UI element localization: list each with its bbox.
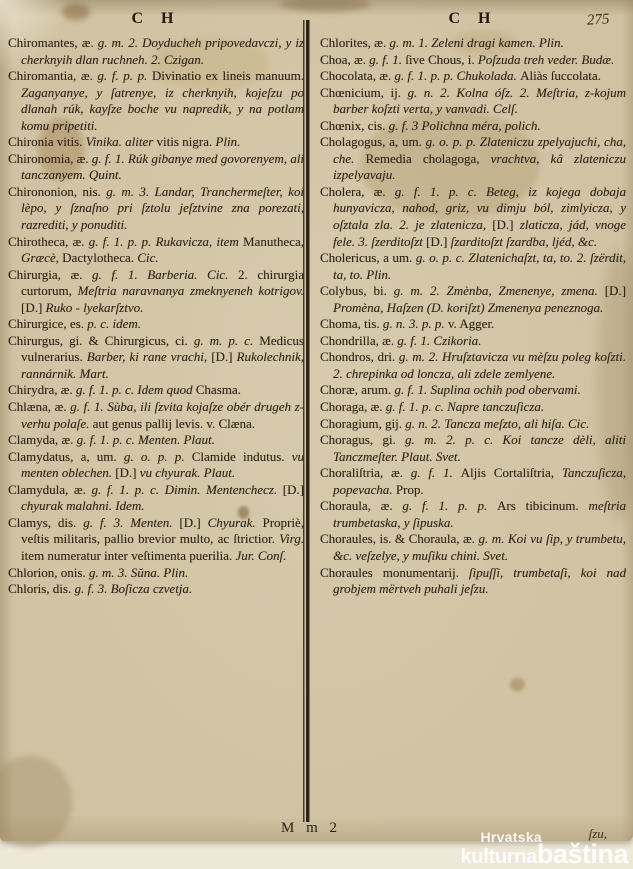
entry-italic-text: g. f. 3. Menten. [83, 515, 179, 530]
entry-roman-text: Chlæna, æ. [8, 399, 70, 414]
entry-roman-text: Chirononion, nis. [8, 184, 106, 199]
entry-roman-text: [D.] [605, 283, 626, 298]
entry-roman-text: Chirydra, æ. [8, 382, 76, 397]
entry-italic-text: g. n. 3. p. p. [383, 316, 448, 331]
entry-roman-text: aut genus pallij levis. v. Clæna. [93, 416, 255, 431]
entry-roman-text: Chironomia, æ. [8, 151, 92, 166]
dictionary-entry: Chondrilla, æ. g. f. 1. Czikoria. [320, 333, 626, 350]
dictionary-entry: Choræ, arum. g. f. 1. Suplina ochih pod … [320, 382, 626, 399]
dictionary-entry: Chlorion, onis. g. m. 3. Sŭna. Plin. [8, 565, 304, 582]
entry-roman-text: Aliàs ſuccolata. [520, 68, 601, 83]
dictionary-entry: Clamydatus, a, um. g. o. p. p. Clamide i… [8, 449, 304, 482]
entry-italic-text: g. f. 1. p. c. Idem quod [76, 382, 196, 397]
dictionary-entry: Cholagogus, a, um. g. o. p. p. Zlatenicz… [320, 134, 626, 184]
column-header-left: C H [8, 10, 304, 28]
dictionary-entry: Clamydula, æ. g. f. 1. p. c. Dimin. Ment… [8, 482, 304, 515]
paper-stain [0, 756, 72, 848]
entry-italic-text: Jur. Conſ. [235, 548, 286, 563]
dictionary-entry: Chœnix, cis. g. f. 3 Polichna méra, poli… [320, 118, 626, 135]
dictionary-entry: Chlæna, æ. g. f. 1. Sùba, ili ſzvita koj… [8, 399, 304, 432]
entry-roman-text: Dactylotheca. [62, 250, 137, 265]
entry-roman-text: Aljis Cortaliſtria, [461, 465, 562, 480]
entry-italic-text: Plin. [215, 134, 240, 149]
entry-italic-text: Poſzuda treh veder. Budæ. [478, 52, 614, 67]
entry-roman-text: Clamydula, æ. [8, 482, 91, 497]
dictionary-entry: Choragus, gi. g. m. 2. p. c. Koi tancze … [320, 432, 626, 465]
entry-roman-text: [D.] [115, 465, 140, 480]
entry-roman-text: Colybus, bi. [320, 283, 394, 298]
dictionary-entry: Chirurgice, es. p. c. idem. [8, 316, 304, 333]
dictionary-entry: Chirurgia, æ. g. f. 1. Barberia. Cic. 2.… [8, 267, 304, 317]
dictionary-entry: Chœnicium, ij. g. n. 2. Kolna óſz. 2. Me… [320, 85, 626, 118]
entry-roman-text: Chœnix, cis. [320, 118, 389, 133]
entry-roman-text: Chondros, dri. [320, 349, 399, 364]
entry-roman-text: vitis nigra. [157, 134, 216, 149]
entry-roman-text: Chirurgia, æ. [8, 267, 92, 282]
entry-roman-text: Chasma. [196, 382, 241, 397]
entry-roman-text: Clamydatus, a, um. [8, 449, 124, 464]
entry-roman-text: Choragus, gi. [320, 432, 405, 447]
entry-roman-text: Clamyda, æ. [8, 432, 77, 447]
entry-roman-text: Choraula, æ. [320, 498, 402, 513]
entry-italic-text: g. f. 3. Boſicza czvetja. [74, 581, 192, 596]
entry-roman-text: Chironia vitis. [8, 134, 86, 149]
entry-italic-text: g. n. 2. Tancza meſzto, ali hiſa. Cic. [405, 416, 589, 431]
entry-italic-text: g. f. 1. Czikoria. [397, 333, 481, 348]
entry-roman-text: Chirurgus, gi. & Chirurgicus, ci. [8, 333, 194, 348]
page-number: 275 [586, 11, 610, 30]
entry-italic-text: g. m. 2. Zmènba, Zmenenye, zmena. [394, 283, 605, 298]
dictionary-entry: Choragium, gij. g. n. 2. Tancza meſzto, … [320, 416, 626, 433]
entry-roman-text: Choraga, æ. [320, 399, 386, 414]
entry-italic-text: g. f. 3 Polichna méra, polich. [389, 118, 541, 133]
dictionary-entry: Chirotheca, æ. g. f. 1. p. p. Rukavicza,… [8, 234, 304, 267]
entry-italic-text: g. f. 1. [411, 465, 461, 480]
entry-roman-text: Manutheca, [243, 234, 304, 249]
entry-roman-text: ſive Chous, i. [405, 52, 478, 67]
left-column-entries: Chiromantes, æ. g. m. 2. Doyducheh pripo… [8, 35, 304, 598]
dictionary-entry: Chlorites, æ. g. m. 1. Zeleni dragi kame… [320, 35, 626, 52]
entry-roman-text: Remedia cholagoga, [365, 151, 490, 166]
entry-roman-text: Chirotheca, æ. [8, 234, 89, 249]
entry-italic-text: Ruko - lyekarſztvo. [46, 300, 144, 315]
dictionary-entry: Chirononion, nis. g. m. 3. Landar, Tranc… [8, 184, 304, 234]
entry-roman-text: [D.] [492, 217, 520, 232]
watermark-line2-large: baština [537, 839, 628, 869]
dictionary-entry: Choraules, is. & Choraula, æ. g. m. Koi … [320, 531, 626, 564]
paper-stain [510, 678, 525, 691]
entry-italic-text: Zaganyanye, y ſatrenye, iz cherknyih, ko… [21, 85, 304, 133]
entry-italic-text: Meſtria naravnanya zmeknyeneh kotrigov. [78, 283, 304, 298]
dictionary-entry: Chironia vitis. Vinika. aliter vitis nig… [8, 134, 304, 151]
column-divider-rule [302, 20, 310, 822]
entry-italic-text: Chyurak. [208, 515, 263, 530]
entry-italic-text: g. m. 3. Sŭna. Plin. [89, 565, 188, 580]
dictionary-entry: Clamys, dis. g. f. 3. Menten. [D.] Chyur… [8, 515, 304, 565]
dictionary-entry: Choraga, æ. g. f. 1. p. c. Napre tanczuſ… [320, 399, 626, 416]
entry-roman-text: [D.] [283, 482, 304, 497]
dictionary-entry: Chirydra, æ. g. f. 1. p. c. Idem quod Ch… [8, 382, 304, 399]
dictionary-entry: Choraula, æ. g. f. 1. p. p. Ars tibicinu… [320, 498, 626, 531]
entry-roman-text: [D.] [179, 515, 207, 530]
entry-italic-text: p. c. idem. [87, 316, 141, 331]
right-column-entries: Chlorites, æ. g. m. 1. Zeleni dragi kame… [320, 35, 626, 598]
dictionary-entry: Choa, æ. g. f. 1. ſive Chous, i. Poſzuda… [320, 52, 626, 69]
dictionary-entry: Choma, tis. g. n. 3. p. p. v. Agger. [320, 316, 626, 333]
entry-italic-text: Græcè, [21, 250, 62, 265]
entry-italic-text: Barber, ki rane vrachi, [87, 349, 211, 364]
entry-italic-text: Cic. [137, 250, 158, 265]
entry-roman-text: Chondrilla, æ. [320, 333, 397, 348]
entry-roman-text: Chiromantes, æ. [8, 35, 98, 50]
entry-italic-text: Promèna, Haſzen (D. koriſzt) Zmenenya pe… [333, 300, 603, 315]
entry-italic-text: g. f. 1. p. p. [402, 498, 497, 513]
entry-roman-text: Prop. [396, 482, 424, 497]
dictionary-entry: Cholericus, a um. g. o. p. c. Zlatenicha… [320, 250, 626, 283]
dictionary-entry: Chiromantes, æ. g. m. 2. Doyducheh pripo… [8, 35, 304, 68]
entry-roman-text: Ars tibicinum. [497, 498, 588, 513]
entry-roman-text: [D.] [211, 349, 236, 364]
entry-roman-text: Cholericus, a um. [320, 250, 416, 265]
entry-italic-text: Virg. [279, 531, 304, 546]
entry-italic-text: g. f. 1. Barberia. Cic. [92, 267, 238, 282]
dictionary-entry: Chiromantia, æ. g. f. p. p. Divinatio ex… [8, 68, 304, 134]
dictionary-entry: Chironomia, æ. g. f. 1. Rúk gibanye med … [8, 151, 304, 184]
entry-italic-text: g. f. 1. [369, 52, 405, 67]
entry-roman-text: item numeratur inter veſtimenta puerilia… [21, 548, 235, 563]
entry-italic-text: vu chyurak. Plaut. [140, 465, 235, 480]
entry-roman-text: Choræ, arum. [320, 382, 394, 397]
dictionary-entry: Chloris, dis. g. f. 3. Boſicza czvetja. [8, 581, 304, 598]
entry-italic-text: g. f. 1. p. p. Chukolada. [394, 68, 520, 83]
dictionary-entry: Clamyda, æ. g. f. 1. p. c. Menten. Plaut… [8, 432, 304, 449]
entry-italic-text: g. f. 1. p. c. Dimin. Mentenchecz. [91, 482, 282, 497]
entry-italic-text: ſzarditoſzt ſzardba, ljéd, &c. [451, 234, 597, 249]
entry-roman-text: Chocolata, æ. [320, 68, 394, 83]
dictionary-entry: Choraliſtria, æ. g. f. 1. Aljis Cortaliſ… [320, 465, 626, 498]
entry-roman-text: Chiromantia, æ. [8, 68, 97, 83]
entry-roman-text: Choraules, is. & Choraula, æ. [320, 531, 478, 546]
entry-roman-text: Chirurgice, es. [8, 316, 87, 331]
entry-italic-text: g. f. 1. p. c. Napre tanczuſicza. [386, 399, 544, 414]
entry-roman-text: Choa, æ. [320, 52, 369, 67]
entry-roman-text: Chloris, dis. [8, 581, 74, 596]
entry-roman-text: Choraliſtria, æ. [320, 465, 411, 480]
column-header-right: C H [320, 10, 626, 28]
entry-roman-text: Cholagogus, a, um. [320, 134, 426, 149]
entry-roman-text: Chlorion, onis. [8, 565, 89, 580]
entry-italic-text: g. f. 1. Suplina ochih pod obervami. [394, 382, 580, 397]
entry-roman-text: Chœnicium, ij. [320, 85, 408, 100]
entry-italic-text: g. f. 1. p. c. Menten. Plaut. [77, 432, 215, 447]
entry-italic-text: g. m. p. c. [194, 333, 259, 348]
entry-italic-text: chyurak malahni. Idem. [21, 498, 144, 513]
entry-roman-text: Divinatio ex lineis manuum. [152, 68, 304, 83]
signature-mark: M m 2 [281, 820, 341, 837]
dictionary-entry: Cholera, æ. g. f. 1. p. c. Beteg, iz koj… [320, 184, 626, 250]
dictionary-entry: Chirurgus, gi. & Chirurgicus, ci. g. m. … [8, 333, 304, 383]
entry-italic-text: g. f. 1. p. p. Rukavicza, item [89, 234, 243, 249]
dictionary-entry: Chocolata, æ. g. f. 1. p. p. Chukolada. … [320, 68, 626, 85]
entry-roman-text: Clamys, dis. [8, 515, 83, 530]
entry-roman-text: Chlorites, æ. [320, 35, 389, 50]
entry-roman-text: v. Agger. [448, 316, 494, 331]
entry-roman-text: [D.] [21, 300, 46, 315]
scanned-book-page: C H Chiromantes, æ. g. m. 2. Doyducheh p… [0, 0, 633, 841]
entry-roman-text: Cholera, æ. [320, 184, 395, 199]
entry-roman-text: Choraules monumentarij. [320, 565, 469, 580]
heritage-watermark: Hrvatska kulturnabaština [460, 830, 628, 868]
entry-roman-text: Choma, tis. [320, 316, 383, 331]
entry-italic-text: g. m. 1. Zeleni dragi kamen. Plin. [389, 35, 563, 50]
dictionary-entry: Choraules monumentarij. ſipuſſi, trumbet… [320, 565, 626, 598]
entry-italic-text: Vinika. aliter [86, 134, 157, 149]
right-column: C H Chlorites, æ. g. m. 1. Zeleni dragi … [320, 10, 626, 598]
dictionary-entry: Chondros, dri. g. m. 2. Hruſztavicza vu … [320, 349, 626, 382]
entry-italic-text: g. f. p. p. [97, 68, 152, 83]
entry-roman-text: [D.] [426, 234, 451, 249]
entry-roman-text: Choragium, gij. [320, 416, 405, 431]
watermark-line2-bold: kulturna [460, 846, 537, 868]
entry-roman-text: Clamide indutus. [192, 449, 292, 464]
watermark-line2: kulturnabaština [460, 841, 628, 868]
dictionary-entry: Colybus, bi. g. m. 2. Zmènba, Zmenenye, … [320, 283, 626, 316]
entry-italic-text: g. o. p. p. [124, 449, 192, 464]
left-column: C H Chiromantes, æ. g. m. 2. Doyducheh p… [8, 10, 304, 598]
